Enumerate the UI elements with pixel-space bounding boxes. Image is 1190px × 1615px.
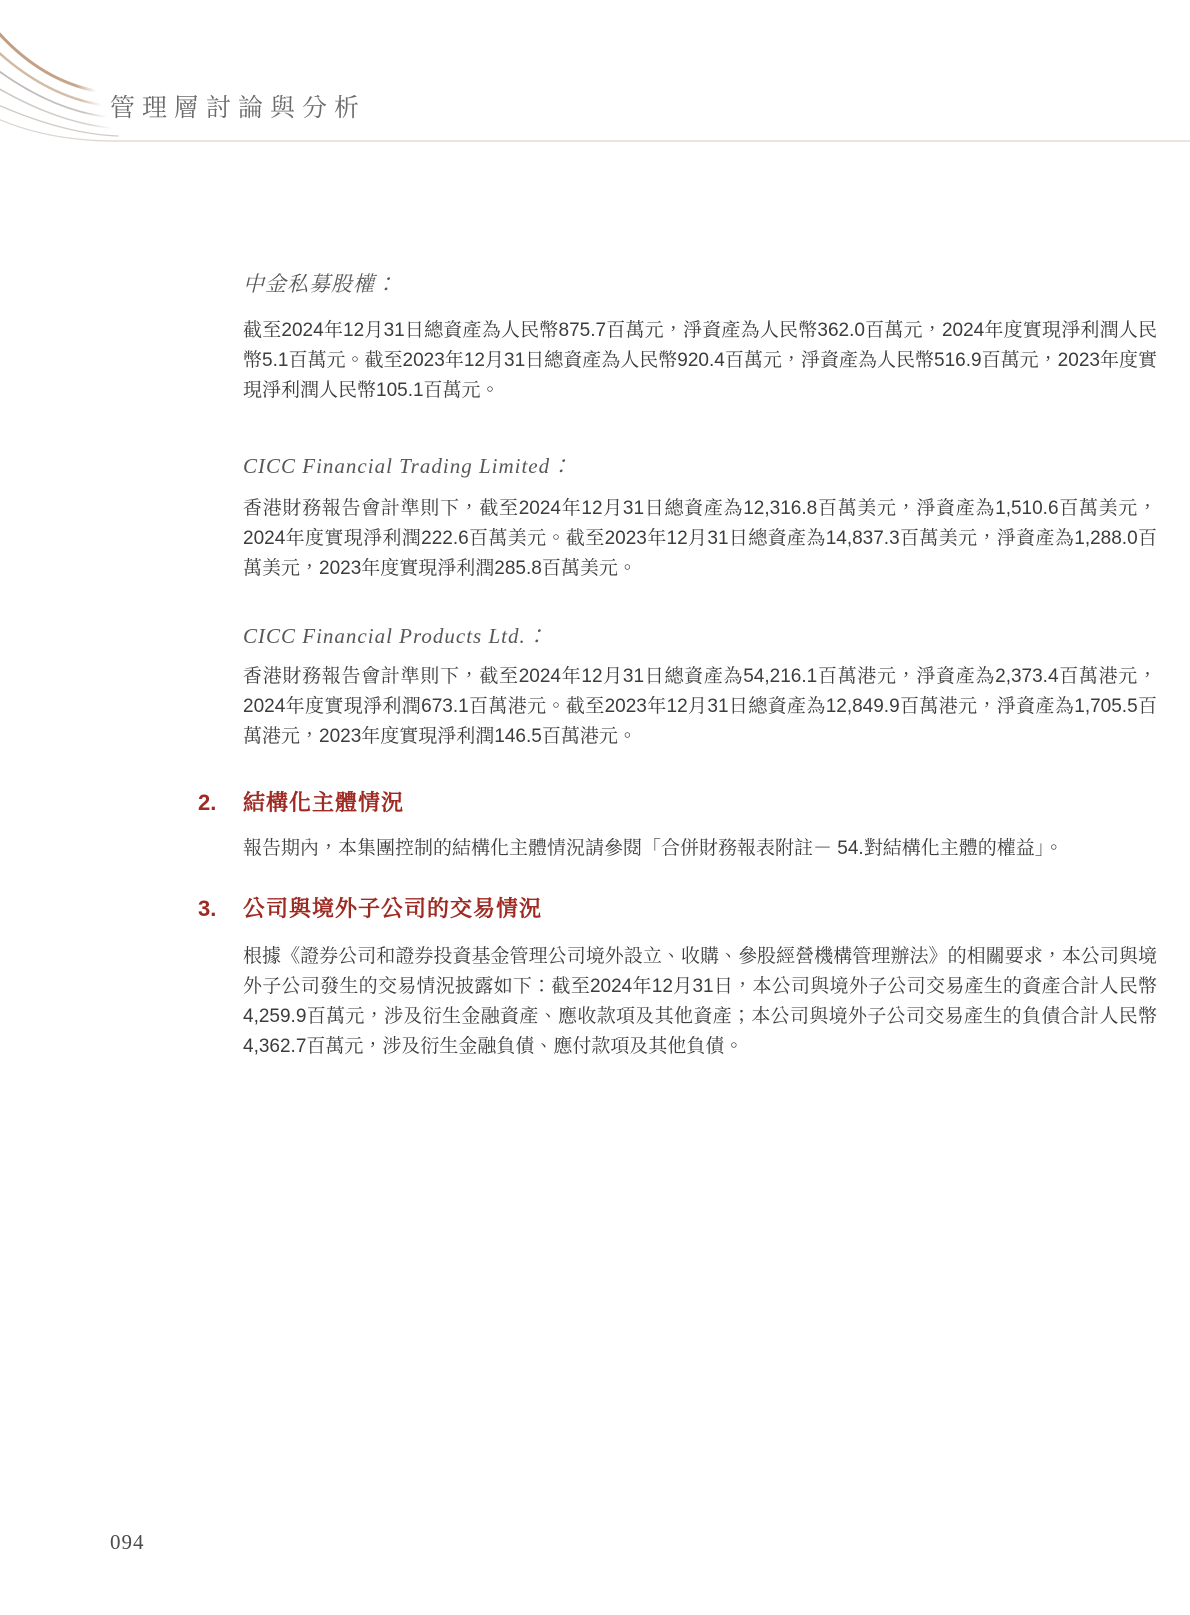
section-heading-structured-entities: 2. 結構化主體情況 — [243, 788, 1157, 818]
subsection-body-cicc-financial-products: 香港財務報告會計準則下，截至2024年12月31日總資產為54,216.1百萬港… — [243, 662, 1157, 752]
subsection-heading-cicc-private-equity: 中金私募股權： — [243, 270, 1157, 298]
page-number: 094 — [110, 1530, 145, 1555]
subsection-body-cicc-financial-trading: 香港財務報告會計準則下，截至2024年12月31日總資產為12,316.8百萬美… — [243, 494, 1157, 584]
section-title: 結構化主體情況 — [243, 790, 404, 815]
subsection-heading-cicc-financial-trading: CICC Financial Trading Limited： — [243, 452, 1157, 480]
section-body-structured-entities: 報告期內，本集團控制的結構化主體情況請參閱「合併財務報表附註－ 54.對結構化主… — [243, 834, 1157, 864]
subsection-body-cicc-private-equity: 截至2024年12月31日總資產為人民幣875.7百萬元，淨資產為人民幣362.… — [243, 316, 1157, 406]
section-heading-overseas-subsidiary-transactions: 3. 公司與境外子公司的交易情況 — [243, 894, 1157, 924]
section-number: 3. — [198, 894, 216, 924]
page-header-title: 管理層討論與分析 — [110, 88, 366, 124]
content-column: 中金私募股權： 截至2024年12月31日總資產為人民幣875.7百萬元，淨資產… — [243, 270, 1157, 1062]
subsection-heading-cicc-financial-products: CICC Financial Products Ltd.： — [243, 622, 1157, 650]
section-number: 2. — [198, 788, 216, 818]
section-title: 公司與境外子公司的交易情況 — [243, 896, 542, 921]
report-page: 管理層討論與分析 中金私募股權： 截至2024年12月31日總資產為人民幣875… — [0, 0, 1190, 1615]
corner-arcs-decoration — [0, 0, 1190, 170]
section-body-overseas-subsidiary-transactions: 根據《證券公司和證券投資基金管理公司境外設立、收購、參股經營機構管理辦法》的相關… — [243, 942, 1157, 1062]
